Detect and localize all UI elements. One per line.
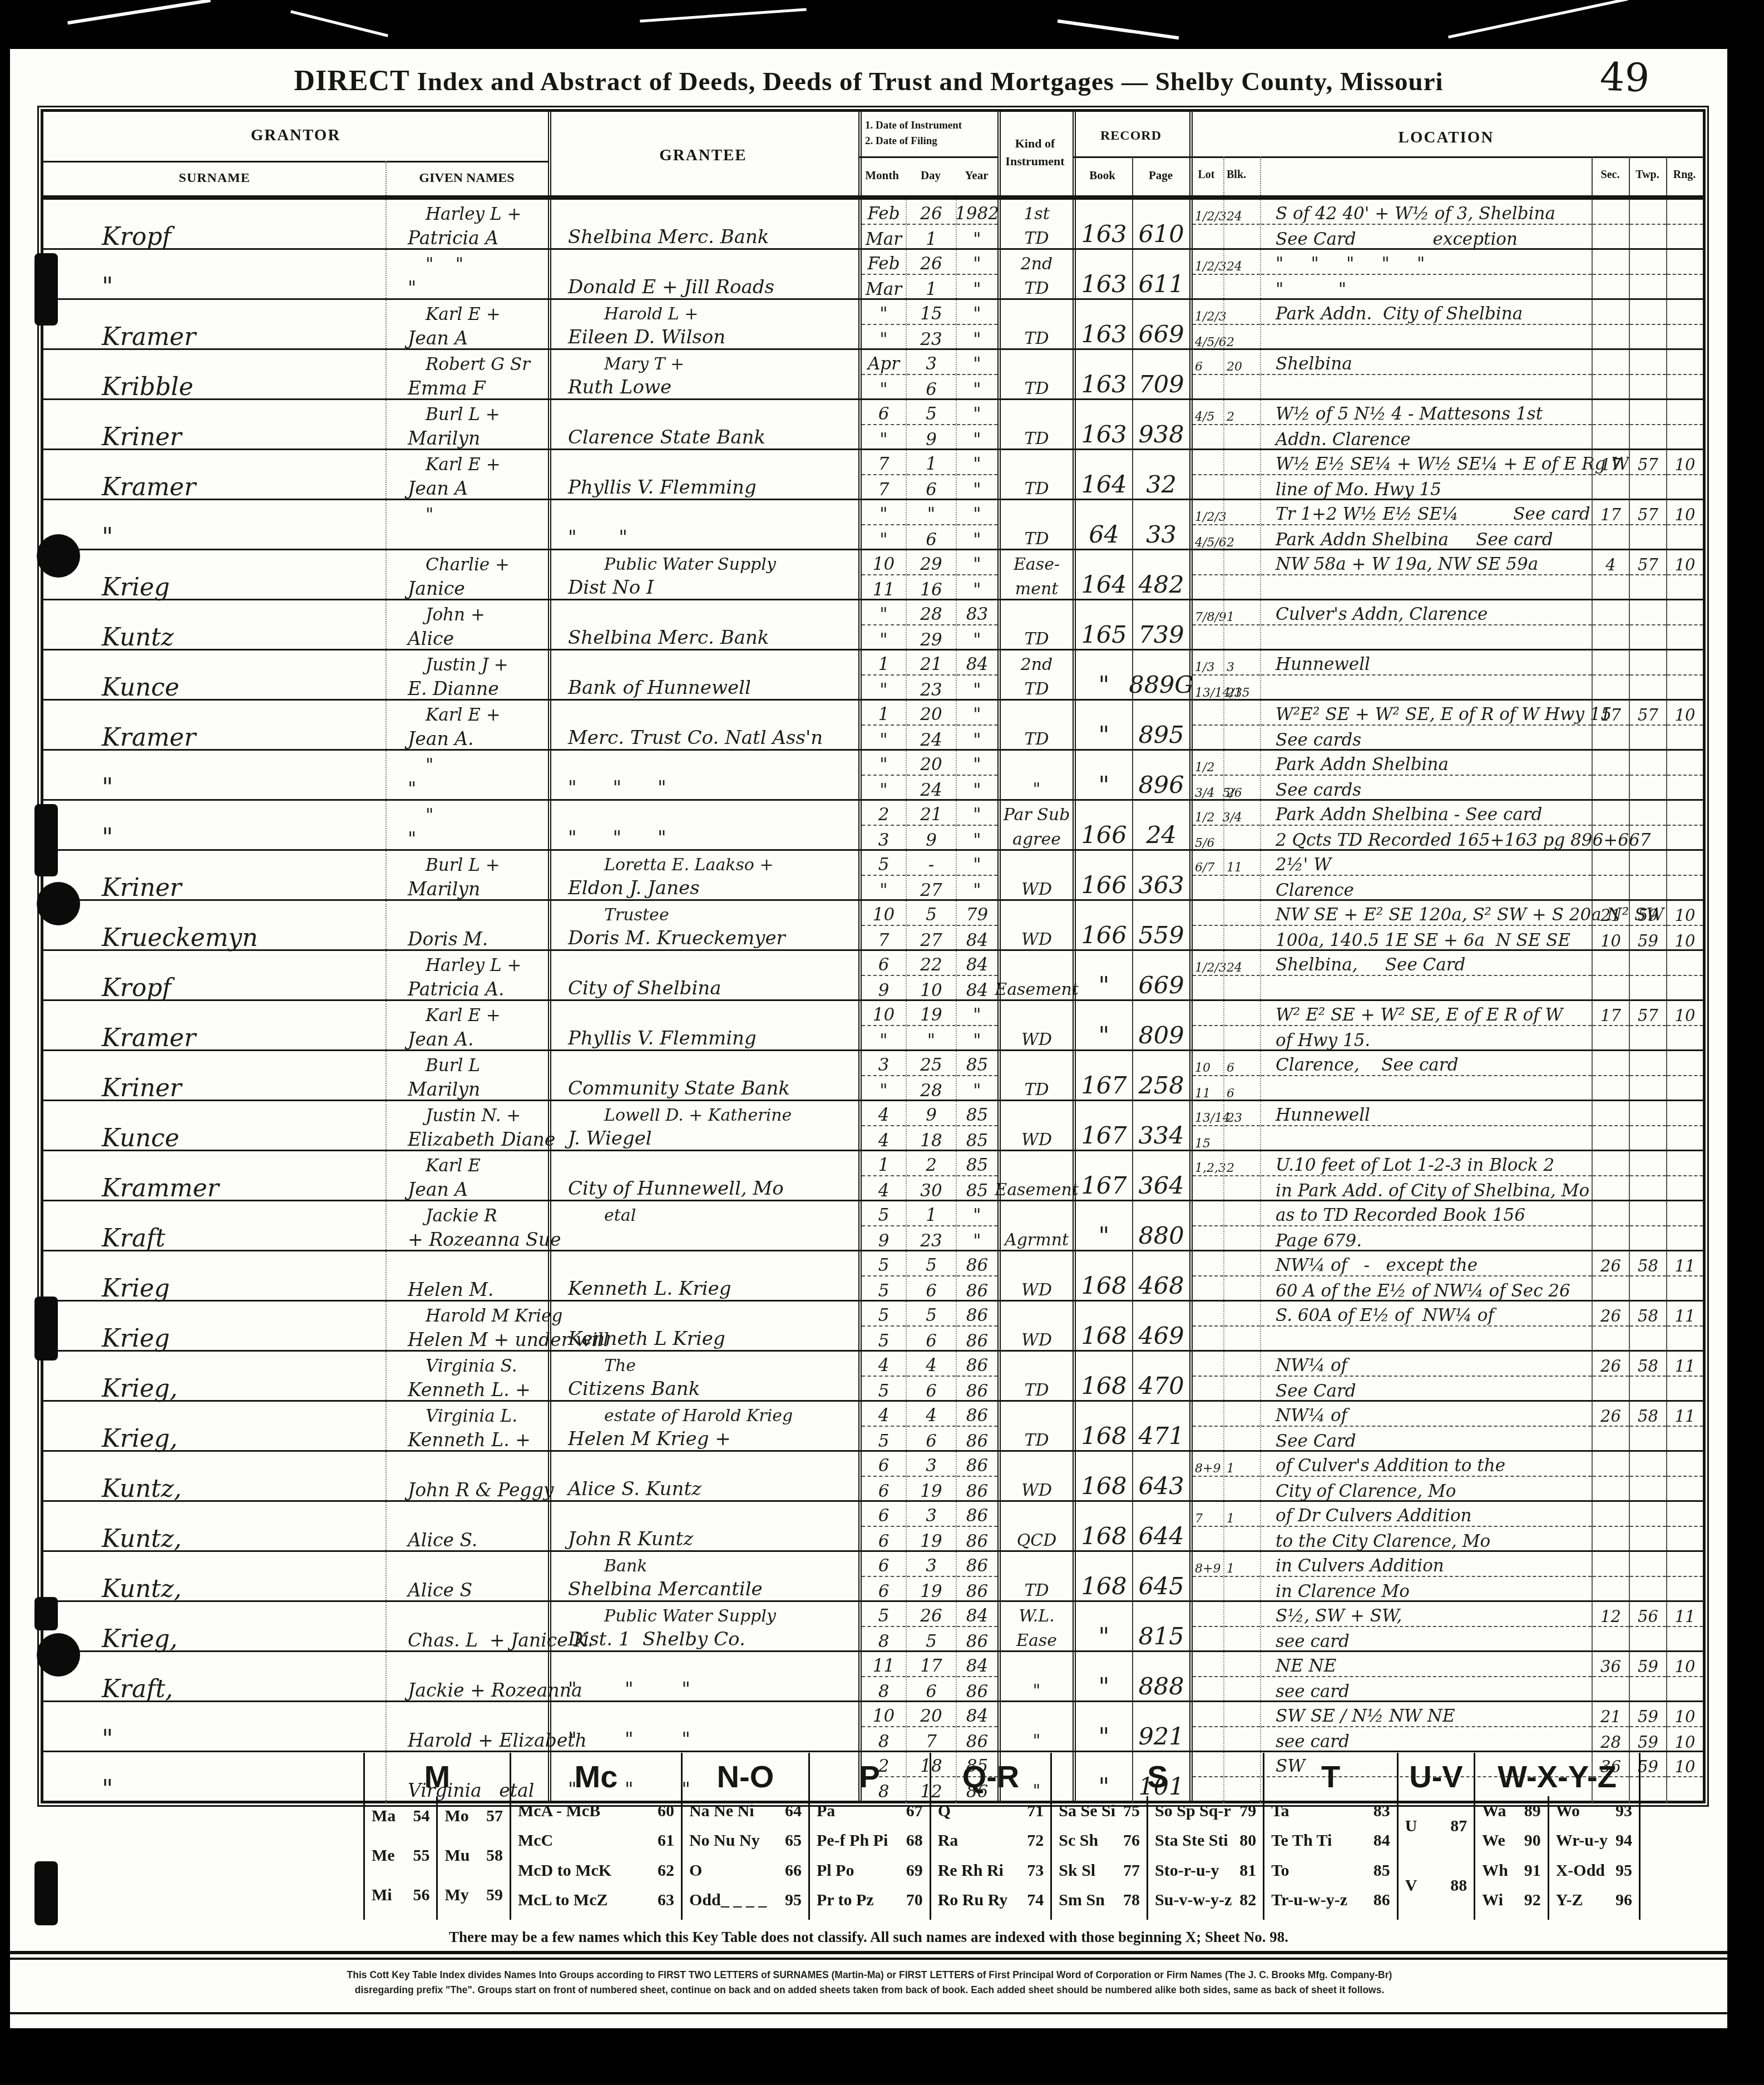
kind-of-instrument-line-1 [1001, 1452, 1073, 1476]
rng-line-2: 10 [1667, 1727, 1703, 1752]
date-month-line-2: " [862, 425, 906, 450]
given-name-1: Harley L + [387, 951, 548, 975]
lot-line-1: 8+9 [1193, 1552, 1223, 1577]
surname: " [43, 776, 113, 800]
lot-line-2 [1193, 876, 1223, 900]
twp-line-1 [1630, 600, 1666, 625]
rng-line-2 [1667, 1677, 1703, 1702]
date-year-line-2: " [957, 1076, 997, 1101]
date-year-line-1: 85 [957, 1151, 997, 1176]
page-number-value: 32 [1133, 450, 1189, 501]
fine-print-line-1: This Cott Key Table Index divides Names … [60, 1968, 1679, 1983]
date-year-line-2: 86 [957, 1377, 997, 1401]
key-entry-number: 60 [658, 1802, 674, 1821]
given-name-1: Robert G Sr [387, 350, 548, 374]
rng-line-1 [1667, 1051, 1703, 1076]
date-month: 118 [858, 1652, 906, 1703]
key-entry-number: 66 [785, 1861, 802, 1880]
surname: Krieg, [43, 1377, 177, 1401]
given-names-cell: Karl E +Jean A. [386, 1001, 548, 1052]
kind-of-instrument-line-2: Ease [1001, 1626, 1073, 1650]
twp-line-2 [1630, 1276, 1666, 1301]
record-page: 645 [1132, 1552, 1189, 1603]
grantee-line-2: " " " [551, 1726, 858, 1751]
twp-line-1 [1630, 1502, 1666, 1527]
date-year-line-1: 84 [957, 951, 997, 976]
date-month-line-2: " [862, 1076, 906, 1101]
twp [1629, 1051, 1666, 1102]
date-year: 8686 [956, 1251, 997, 1302]
key-entry-label: McC [518, 1831, 553, 1850]
sec-line-2 [1593, 1677, 1629, 1702]
location-description-line-1: Shelbina, See Card [1261, 951, 1592, 976]
date-month: 6" [858, 400, 906, 451]
date-month-line-2: 5 [862, 1427, 906, 1451]
record-book: 167 [1073, 1101, 1132, 1152]
key-group-body: Pa67Pe-f Ph Pi68Pl Po69Pr to Pz70 [810, 1796, 930, 1920]
rng: 10 [1666, 1001, 1703, 1052]
given-name-2: Kenneth L. + [387, 1426, 548, 1450]
rng-line-2 [1667, 1627, 1703, 1652]
date-day: 2024 [906, 701, 956, 751]
date-day: 207 [906, 1702, 956, 1753]
table-row: KunceJustin N. +Elizabeth DianeLowell D.… [43, 1100, 1703, 1150]
date-year-line-2: 86 [957, 1327, 997, 1351]
col-day: Day [906, 169, 956, 183]
key-entry-number: 73 [1027, 1861, 1044, 1880]
key-entry-number: 86 [1373, 1891, 1390, 1910]
given-name-2: Jackie + Rozeanna [387, 1676, 548, 1700]
rng: 11 [1666, 1602, 1703, 1653]
twp [1629, 300, 1666, 351]
rng: 10 [1666, 1652, 1703, 1703]
lot-line-1 [1193, 701, 1223, 726]
twp-line-1: 59 [1630, 1652, 1666, 1677]
kind-of-instrument-line-2: WD [1001, 925, 1073, 949]
given-name-2: Elizabeth Diane [387, 1125, 548, 1150]
date-year: 8486 [956, 1602, 997, 1653]
key-entry-number: 96 [1615, 1891, 1632, 1910]
punch-hole [37, 882, 80, 925]
location-description: NW¼ ofSee Card [1260, 1402, 1592, 1452]
blk: 2 [1223, 751, 1260, 801]
kind-of-instrument-line-1 [1001, 1051, 1073, 1075]
date-month-line-1: 1 [862, 650, 906, 676]
twp [1629, 400, 1666, 451]
twp [1629, 1151, 1666, 1202]
given-name-2: Marilyn [387, 424, 548, 448]
given-name-1: Harley L + [387, 200, 548, 224]
grantee-line-1 [551, 1652, 858, 1676]
book-number: 168 [1076, 1302, 1132, 1352]
kind-of-instrument-line-2: QCD [1001, 1526, 1073, 1550]
given-names-cell: Justin N. +Elizabeth Diane [386, 1101, 548, 1152]
twp-line-2 [1630, 976, 1666, 1000]
twp-line-1: 57 [1630, 701, 1666, 726]
key-entry-number: 56 [413, 1886, 429, 1905]
location-description: NW SE + E² SE 120a, S² SW + S 20a N² SW1… [1260, 901, 1592, 952]
date-month-line-2: 5 [862, 1276, 906, 1301]
given-name-1: " [387, 801, 548, 825]
date-day-line-2: 1 [907, 275, 956, 299]
date-month-line-1: 10 [862, 1702, 906, 1727]
twp-line-1: 57 [1630, 1001, 1666, 1026]
grantee-cell: Phyllis V. Flemming [548, 1001, 858, 1052]
sec-line-1: 36 [1593, 1652, 1629, 1677]
book-number: 168 [1076, 1502, 1132, 1552]
book-number: 166 [1076, 851, 1132, 901]
kind-of-instrument-line-1 [1001, 1652, 1073, 1676]
lot-line-2 [1193, 1477, 1223, 1501]
key-entry-number: 83 [1373, 1802, 1390, 1821]
given-name-1 [387, 1652, 548, 1676]
lot-line-2 [1193, 375, 1223, 400]
rng [1666, 300, 1703, 351]
key-entry: Ra72 [931, 1831, 1051, 1850]
rng-line-2 [1667, 876, 1703, 900]
scan-noise [1058, 19, 1179, 40]
blk [1223, 1652, 1260, 1703]
given-name-1: Burl L + [387, 400, 548, 424]
location-description: Culver's Addn, Clarence [1260, 600, 1592, 651]
surname: Kunce [43, 1126, 179, 1151]
blk [1223, 1702, 1260, 1753]
lot-line-2 [1193, 1677, 1223, 1702]
book-number: 166 [1076, 801, 1132, 851]
given-name-1: " " [387, 250, 548, 274]
record-book: " [1073, 1201, 1132, 1252]
key-entry-number: 54 [413, 1807, 429, 1826]
rng [1666, 200, 1703, 250]
blk: 20 [1223, 350, 1260, 401]
key-entry-number: 72 [1027, 1831, 1044, 1850]
record-book: 165 [1073, 600, 1132, 651]
grantee-line-2: Dist No I [551, 574, 858, 599]
surname-cell: Kraft, [43, 1652, 386, 1703]
sec-line-2 [1593, 876, 1629, 900]
rng-line-2 [1667, 1176, 1703, 1201]
date-month: 55 [858, 1302, 906, 1352]
key-entry: Pl Po69 [810, 1861, 930, 1880]
lot-line-1 [1193, 550, 1223, 575]
key-entry: Re Rh Ri73 [931, 1861, 1051, 1880]
grantee-cell: " " " [548, 1652, 858, 1703]
col-kind-1: Kind of [997, 136, 1073, 151]
page-title: DIRECT Index and Abstract of Deeds, Deed… [10, 65, 1727, 97]
date-day-line-2: 29 [907, 625, 956, 650]
record-book: " [1073, 951, 1132, 1002]
col-record: RECORD [1073, 129, 1189, 144]
date-year-line-2: " [957, 1226, 997, 1251]
location-description-line-2: 2 Qcts TD Recorded 165+163 pg 896+667 [1261, 826, 1592, 850]
key-entry-number: 89 [1524, 1802, 1541, 1821]
table-row: KriegHelen M.Kenneth L. Krieg55568686WD1… [43, 1250, 1703, 1300]
rng-line-2 [1667, 325, 1703, 349]
col-twp: Twp. [1629, 169, 1666, 181]
grantee-line-1 [551, 1502, 858, 1526]
blk [1223, 1001, 1260, 1052]
key-group-body: Sa Se Si75Sc Sh76Sk Sl77Sm Sn78So Sp Sq-… [1052, 1796, 1263, 1920]
record-page: 895 [1132, 701, 1189, 751]
scan-noise [640, 8, 807, 23]
grantee-cell: John R Kuntz [548, 1502, 858, 1552]
grantee-cell: Alice S. Kuntz [548, 1452, 858, 1502]
date-year-line-2: " [957, 225, 997, 249]
blk-line-1 [1224, 500, 1260, 525]
rng-line-2 [1667, 275, 1703, 299]
lot-line-2: 4/5/6 [1193, 325, 1223, 349]
grantee-cell: " " " [548, 801, 858, 851]
date-day-line-1: 29 [907, 550, 956, 575]
date-month-line-1: 5 [862, 1302, 906, 1327]
date-year: "" [956, 801, 997, 851]
lot-line-2 [1193, 1226, 1223, 1251]
lot [1189, 1652, 1223, 1703]
grantee-cell: Shelbina Merc. Bank [548, 200, 858, 250]
table-row: KropfHarley L +Patricia A.City of Shelbi… [43, 949, 1703, 999]
blk-line-2 [1224, 575, 1260, 600]
grantee-line-2: Bank of Hunnewell [551, 674, 858, 699]
kind-of-instrument-line-1 [1001, 500, 1073, 524]
record-book: " [1073, 650, 1132, 701]
grantee-line-1: etal [551, 1201, 858, 1225]
kind-of-instrument: Easement [997, 1151, 1073, 1202]
blk: 24 [1223, 200, 1260, 250]
location-description-line-2 [1261, 375, 1592, 400]
kind-of-instrument-line-1 [1001, 851, 1073, 875]
date-year-line-1: " [957, 500, 997, 525]
kind-of-instrument-line-2: TD [1001, 1426, 1073, 1450]
date-year: "" [956, 701, 997, 751]
date-day-line-1: 21 [907, 650, 956, 676]
key-group-title: S [1052, 1753, 1263, 1796]
twp-line-2 [1630, 425, 1666, 450]
date-year: "" [956, 250, 997, 300]
key-entry: Pe-f Ph Pi68 [810, 1831, 930, 1850]
kind-of-instrument: TD [997, 600, 1073, 651]
location-description: of Culver's Addition to theCity of Clare… [1260, 1452, 1592, 1502]
key-entry-number: 71 [1027, 1802, 1044, 1821]
blk [1223, 1201, 1260, 1252]
key-group-column: Mo57Mu58My59 [436, 1796, 509, 1920]
date-year: 85" [956, 1051, 997, 1102]
sec: 12 [1592, 1602, 1629, 1653]
punch-hole [34, 1861, 58, 1925]
record-page: 815 [1132, 1602, 1189, 1653]
location-description: NW¼ of - except the60 A of the E½ of NW¼… [1260, 1251, 1592, 1302]
sec-line-1: 21 [1593, 1702, 1629, 1727]
rng-line-1 [1667, 1552, 1703, 1577]
location-description-line-2 [1261, 325, 1592, 349]
date-month-line-2: 4 [862, 1176, 906, 1201]
blk: 1 [1223, 1452, 1260, 1502]
table-row: KribbleRobert G SrEmma FMary T +Ruth Low… [43, 348, 1703, 398]
lot-line-2: 5/6 [1193, 826, 1223, 850]
date-year: 8686 [956, 1352, 997, 1402]
given-name-2: Marilyn [387, 1075, 548, 1100]
date-year-line-2: " [957, 876, 997, 900]
surname-cell: Krueckemyn [43, 901, 386, 952]
location-description: S. 60A of E½ of NW¼ of [1260, 1302, 1592, 1352]
kind-of-instrument: TD [997, 1552, 1073, 1603]
date-month: 3" [858, 1051, 906, 1102]
blk [1223, 450, 1260, 501]
key-entry-number: 91 [1524, 1861, 1541, 1880]
location-description-line-1: Shelbina [1261, 350, 1592, 375]
sec [1592, 400, 1629, 451]
key-entry-number: 82 [1239, 1891, 1256, 1910]
grantee-line-2: " " " [551, 825, 858, 849]
location-description-line-1: Tr 1+2 W½ E½ SE¼ See card [1261, 500, 1592, 525]
date-year-line-1: 86 [957, 1352, 997, 1377]
twp-line-2 [1630, 325, 1666, 349]
location-description-line-2: Page 679. [1261, 1226, 1592, 1251]
date-month-line-1: 10 [862, 901, 906, 926]
table-row: KrammerKarl EJean ACity of Hunnewell, Mo… [43, 1150, 1703, 1200]
blk: 1 [1223, 1552, 1260, 1603]
kind-of-instrument-line-2: TD [1001, 1576, 1073, 1600]
blk-line-1 [1224, 1201, 1260, 1226]
twp-line-1 [1630, 1452, 1666, 1477]
twp: 58 [1629, 1402, 1666, 1452]
grantee-line-1 [551, 1452, 858, 1476]
date-month: 1" [858, 701, 906, 751]
lot: 7 [1189, 1502, 1223, 1552]
date-month-line-1: 6 [862, 1552, 906, 1577]
rng-line-2 [1667, 1577, 1703, 1601]
lot-line-1 [1193, 1251, 1223, 1276]
punch-hole [37, 534, 80, 578]
date-year: "" [956, 1001, 997, 1052]
location-description-line-2: See cards [1261, 776, 1592, 800]
date-month-line-2: 6 [862, 1477, 906, 1501]
sec: 17 [1592, 1001, 1629, 1052]
given-names-cell: John R & Peggy [386, 1452, 548, 1502]
grantee-line-2: Kenneth L Krieg [551, 1325, 858, 1350]
kind-of-instrument-line-2: WD [1001, 1025, 1073, 1049]
date-day: 527 [906, 901, 956, 952]
given-name-2: " [387, 274, 548, 298]
rng [1666, 250, 1703, 300]
key-entry: Na Ne Ni64 [683, 1802, 808, 1821]
book-number: " [1076, 751, 1132, 801]
rng-line-1: 10 [1667, 1652, 1703, 1677]
table-row: Kuntz,Alice S.John R Kuntz663198686QCD16… [43, 1500, 1703, 1550]
date-day-line-2: 5 [907, 1627, 956, 1652]
key-entry: Y-Z96 [1549, 1891, 1639, 1910]
lot-line-1 [1193, 1702, 1223, 1727]
date-day-line-2: 6 [907, 525, 956, 550]
key-entry: Sto-r-u-y81 [1148, 1861, 1263, 1880]
key-entry-number: 93 [1615, 1802, 1632, 1821]
location-description-line-2 [1261, 976, 1592, 1000]
kind-of-instrument-line-2: Agrmnt [1001, 1225, 1073, 1250]
date-day: "6 [906, 500, 956, 551]
table-row: KriegCharlie +JanicePublic Water SupplyD… [43, 549, 1703, 599]
page-number-value: 610 [1133, 200, 1189, 250]
surname-cell: Krieg, [43, 1352, 386, 1402]
date-month: 23 [858, 801, 906, 851]
key-entry-number: 57 [486, 1807, 503, 1826]
key-entry-number: 70 [906, 1891, 923, 1910]
key-group-title: M [365, 1753, 510, 1796]
record-book: " [1073, 701, 1132, 751]
lot-line-1 [1193, 1001, 1223, 1026]
rng [1666, 1452, 1703, 1502]
given-name-2: Harold + Elizabeth [387, 1726, 548, 1751]
date-day: -27 [906, 851, 956, 901]
location-description-line-2: to the City Clarence, Mo [1261, 1527, 1592, 1551]
grantee-cell: " " " [548, 1702, 858, 1753]
given-name-2: " [387, 825, 548, 849]
kind-of-instrument-line-2: TD [1001, 474, 1073, 499]
grantee-line-2: Clarence State Bank [551, 424, 858, 448]
lot-line-2 [1193, 1577, 1223, 1601]
date-month-line-2: 6 [862, 1527, 906, 1551]
date-day: 176 [906, 1652, 956, 1703]
surname: Kriner [43, 425, 181, 450]
grantee-cell: Kenneth L. Krieg [548, 1251, 858, 1302]
record-page: 364 [1132, 1151, 1189, 1202]
twp [1629, 801, 1666, 851]
date-month: 14 [858, 1151, 906, 1202]
date-day: 46 [906, 1402, 956, 1452]
grantee-line-1: Mary T + [551, 350, 858, 374]
given-name-1: Burl L [387, 1051, 548, 1075]
key-group-body: McA - McB60McC61McD to McK62McL to McZ63 [511, 1796, 681, 1920]
table-row: Kuntz,Alice SBankShelbina Mercantile6631… [43, 1550, 1703, 1600]
col-book: Book [1073, 169, 1132, 183]
kind-of-instrument-line-1 [1001, 1151, 1073, 1175]
date-day-line-1: 2 [907, 1151, 956, 1176]
given-names-cell: Harley L +Patricia A [386, 200, 548, 250]
surname: Kunce [43, 676, 179, 700]
lot [1189, 701, 1223, 751]
lot-line-2: 13/14/15 [1193, 676, 1223, 700]
lot: 1/2/3 [1189, 200, 1223, 250]
date-year: "" [956, 400, 997, 451]
table-row: Krieg,Virginia S.Kenneth L. +TheCitizens… [43, 1350, 1703, 1400]
grantee-line-1 [551, 1051, 858, 1075]
surname-cell: Kuntz, [43, 1552, 386, 1603]
given-name-1: Karl E [387, 1151, 548, 1175]
date-month-line-1: 6 [862, 1502, 906, 1527]
book-number: 168 [1076, 1452, 1132, 1502]
sec-line-2 [1593, 776, 1629, 800]
blk: 2 [1223, 500, 1260, 551]
col-grantee: GRANTEE [548, 146, 858, 165]
lot-line-2 [1193, 1026, 1223, 1051]
location-description: U.10 feet of Lot 1-2-3 in Block 2in Park… [1260, 1151, 1592, 1202]
fine-print-line-2: disregarding prefix "The". Groups start … [60, 1983, 1679, 1998]
date-day-line-2: 6 [907, 1377, 956, 1401]
twp: 5959 [1629, 901, 1666, 952]
lot-line-1 [1193, 1201, 1223, 1226]
date-month-line-1: 11 [862, 1652, 906, 1677]
blk-line-2 [1224, 625, 1260, 650]
blk-line-2 [1224, 1427, 1260, 1451]
lot-line-1: 1,2,3 [1193, 1151, 1223, 1176]
key-entry-number: 92 [1524, 1891, 1541, 1910]
date-year-line-2: 86 [957, 1627, 997, 1652]
key-group-title: U-V [1399, 1753, 1474, 1796]
date-month: 69 [858, 951, 906, 1002]
blk-line-1: 1 [1224, 1552, 1260, 1577]
record-book: " [1073, 751, 1132, 801]
sec-line-1: 17 [1593, 1001, 1629, 1026]
blk [1223, 1251, 1260, 1302]
record-book: 163 [1073, 250, 1132, 300]
